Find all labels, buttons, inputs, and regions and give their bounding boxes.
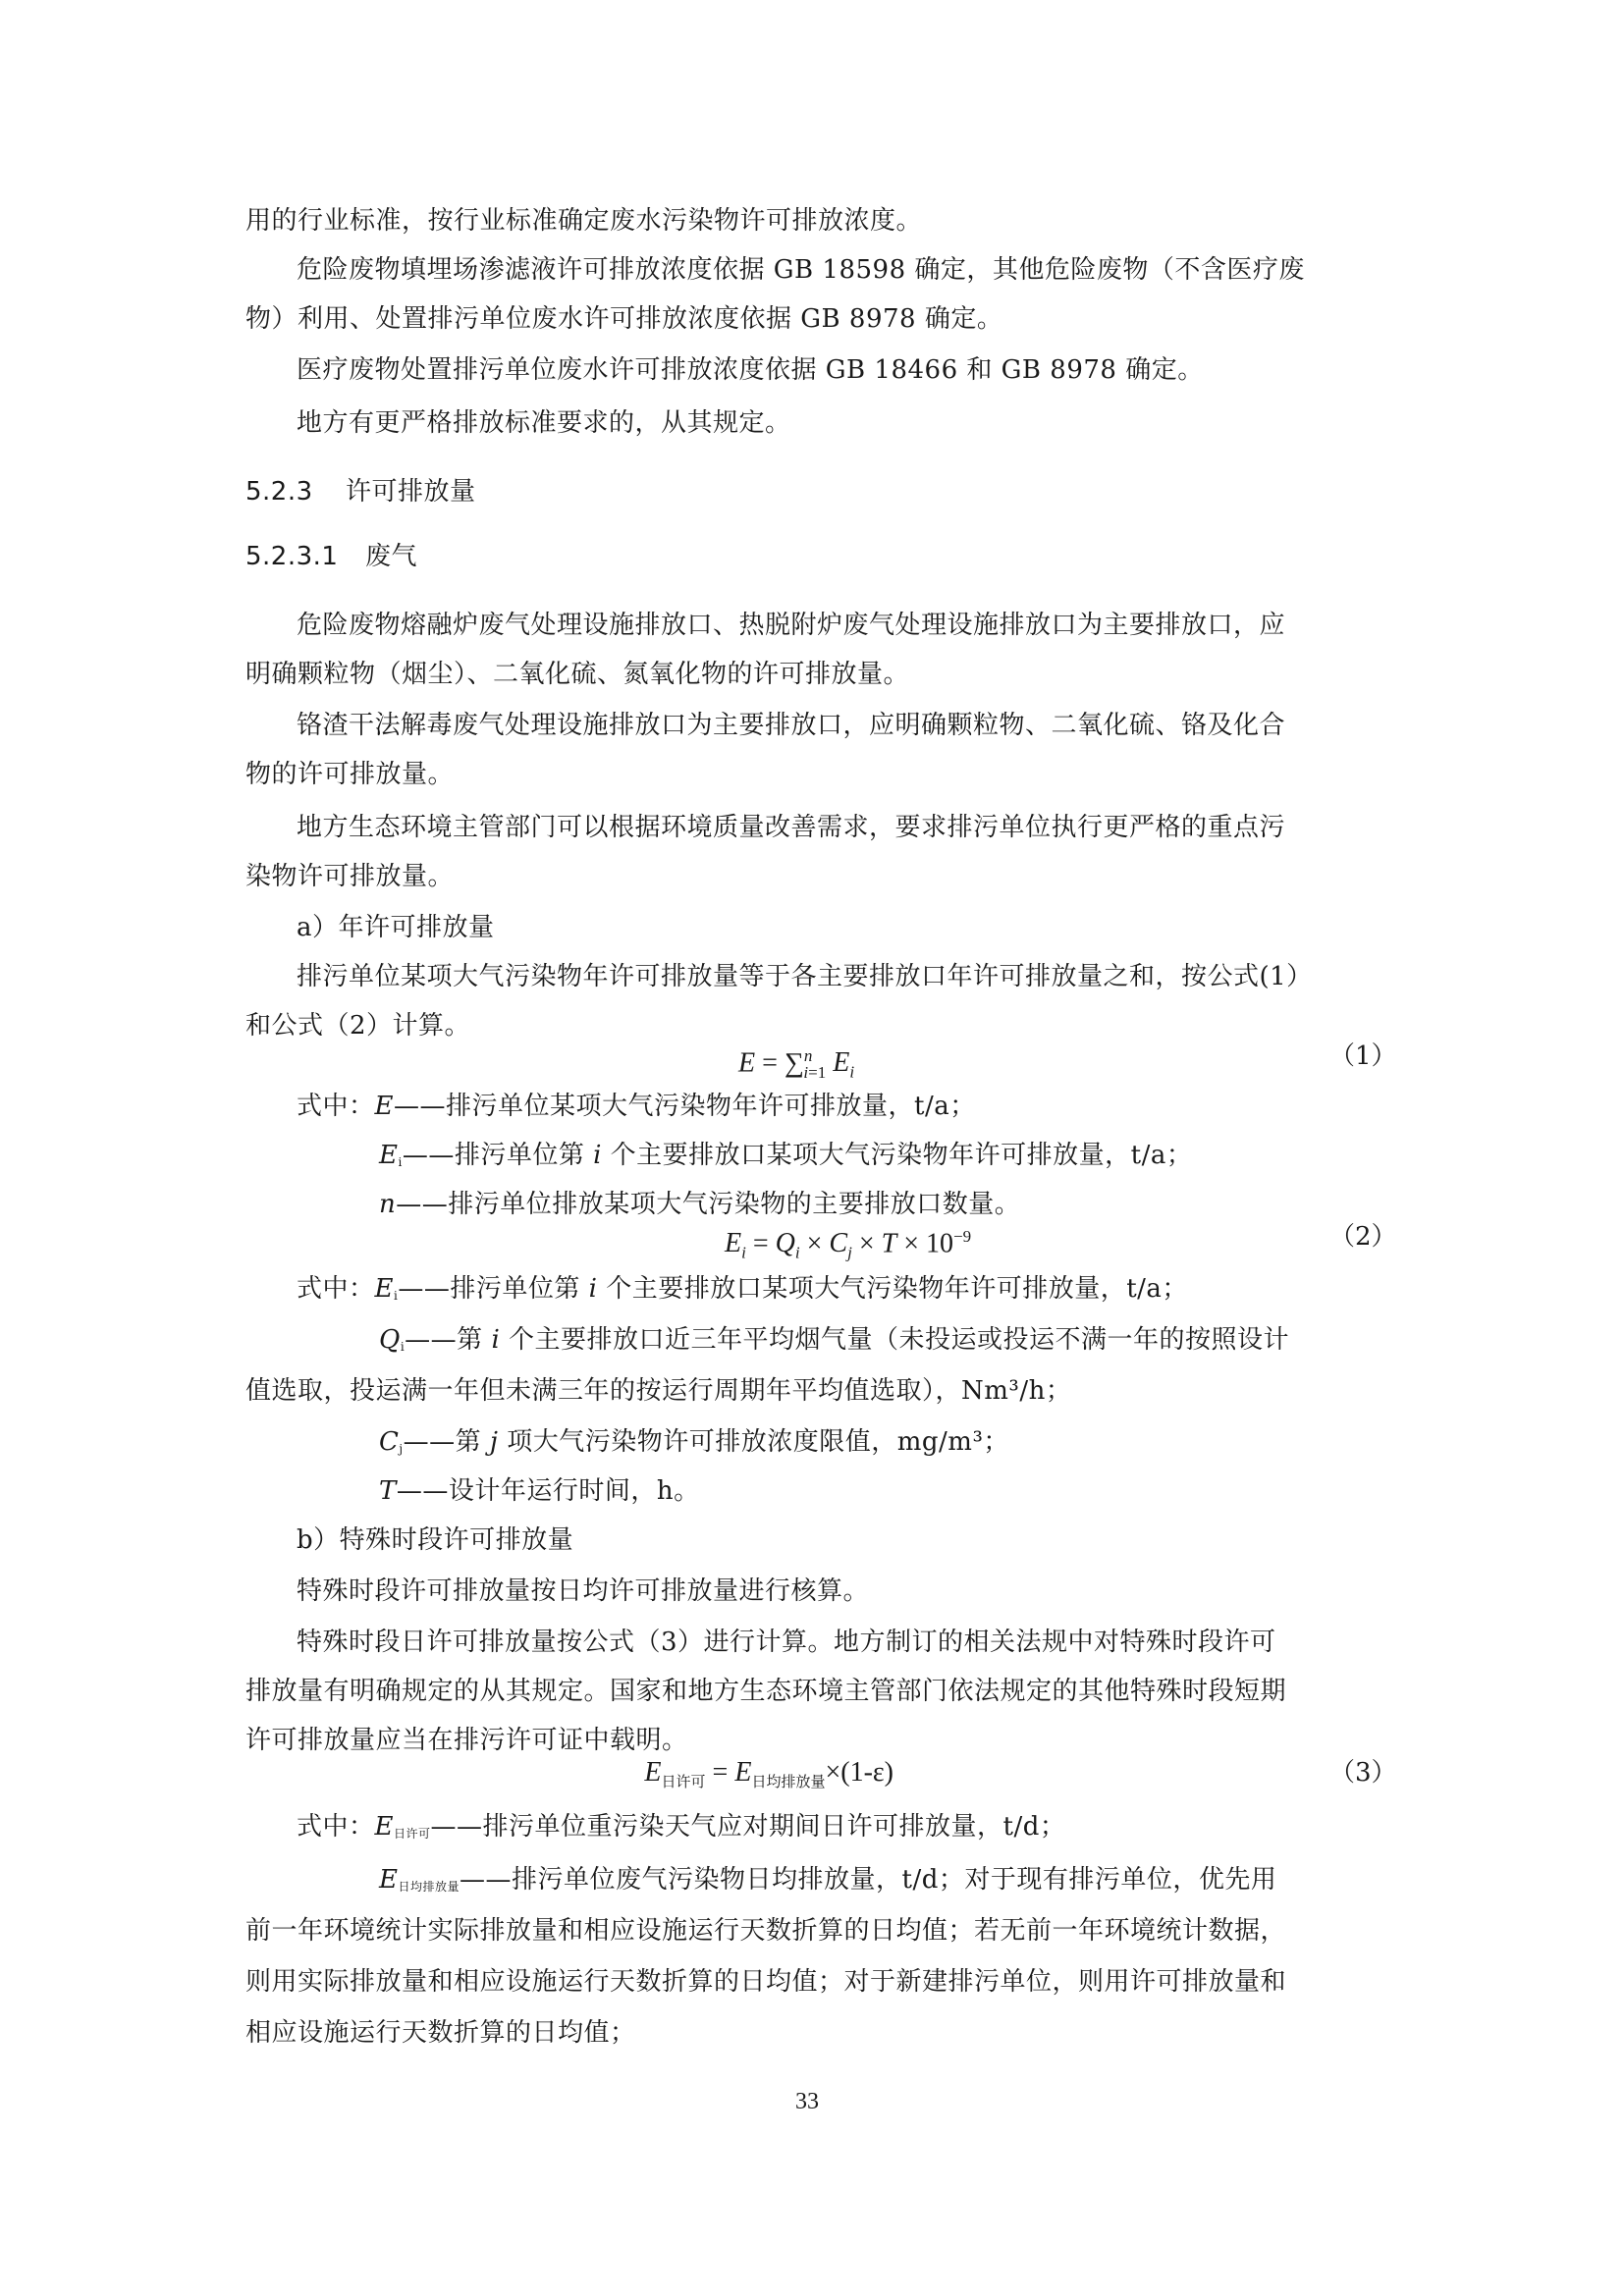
paragraph-line: 医疗废物处置排污单位废水许可排放浓度依据 GB 18466 和 GB 8978 … — [297, 353, 1435, 387]
equation-number: （3） — [1329, 1755, 1397, 1790]
variable-symbol: T — [379, 1476, 397, 1506]
variable-symbol: E — [375, 1812, 394, 1842]
definition-text: 个主要排放口某项大气污染物年许可排放量，t/a； — [597, 1274, 1187, 1304]
paragraph-line: 危险废物填埋场渗滤液许可排放浓度依据 GB 18598 确定，其他危险废物（不含… — [297, 253, 1435, 287]
variable-symbol: Ei — [375, 1274, 399, 1304]
definition-text: ——第 — [404, 1427, 490, 1457]
paragraph-line: 排放量有明确规定的从其规定。国家和地方生态环境主管部门依法规定的其他特殊时段短期 — [245, 1675, 1384, 1708]
definition-line: 相应设施运行天数折算的日均值； — [245, 2016, 1384, 2050]
where-label: 式中： — [297, 1812, 375, 1842]
definition-text: ——排污单位某项大气污染物年许可排放量，t/a； — [394, 1092, 976, 1121]
definition-text: 个主要排放口某项大气污染物年许可排放量，t/a； — [602, 1141, 1192, 1170]
section-number: 5.2.3.1 — [245, 540, 365, 573]
variable-symbol: n — [379, 1190, 396, 1219]
section-title: 许可排放量 — [346, 477, 476, 507]
variable-symbol: i — [491, 1325, 500, 1355]
section-heading-5-2-3-1: 5.2.3.1废气 — [245, 540, 1384, 573]
equation-2: Ei = Qi × Cj × T × 10−9 — [725, 1219, 971, 1271]
variable-subscript: 日许可 — [394, 1827, 431, 1841]
paragraph-line: 地方生态环境主管部门可以根据环境质量改善需求，要求排污单位执行更严格的重点污 — [297, 811, 1435, 844]
definition-line: E日均排放量——排污单位废气污染物日均排放量，t/d；对于现有排污单位，优先用 — [379, 1863, 1518, 1903]
subsection-title-b: b）特殊时段许可排放量 — [297, 1523, 1435, 1557]
definition-text: ——排污单位废气污染物日均排放量，t/d；对于现有排污单位，优先用 — [460, 1865, 1276, 1895]
paragraph-line: 排污单位某项大气污染物年许可排放量等于各主要排放口年许可排放量之和，按公式(1） — [297, 960, 1435, 993]
definition-text: ——排污单位第 — [398, 1274, 588, 1304]
definition-text: ——排污单位第 — [403, 1141, 593, 1170]
definition-line: 式中：E——排污单位某项大气污染物年许可排放量，t/a； — [297, 1090, 1435, 1123]
definition-line: 式中：Ei——排污单位第 i 个主要排放口某项大气污染物年许可排放量，t/a； — [297, 1272, 1435, 1312]
definition-line: 式中：E日许可——排污单位重污染天气应对期间日许可排放量，t/d； — [297, 1810, 1435, 1850]
variable-subscript: 日均排放量 — [398, 1880, 460, 1894]
equation-1: E = ∑ni=1 Ei — [738, 1039, 854, 1091]
equation-3: E日许可 = E日均排放量×(1-ε) — [403, 1755, 893, 1800]
paragraph-line: 用的行业标准，按行业标准确定废水污染物许可排放浓度。 — [245, 204, 1384, 238]
variable-symbol: E — [375, 1092, 394, 1121]
paragraph-line: 物）利用、处置排污单位废水许可排放浓度依据 GB 8978 确定。 — [245, 302, 1384, 336]
paragraph-line: 染物许可排放量。 — [245, 860, 1384, 893]
where-label: 式中： — [297, 1274, 375, 1304]
definition-text: 项大气污染物许可排放浓度限值，mg/m³； — [498, 1427, 1008, 1457]
definition-line: Cj——第 j 项大气污染物许可排放浓度限值，mg/m³； — [379, 1425, 1518, 1466]
section-title: 废气 — [365, 542, 417, 571]
definition-text: ——设计年运行时间，h。 — [397, 1476, 700, 1506]
definition-line: n——排污单位排放某项大气污染物的主要排放口数量。 — [379, 1188, 1518, 1221]
paragraph-line: 特殊时段许可排放量按日均许可排放量进行核算。 — [297, 1575, 1435, 1608]
subsection-title-a: a）年许可排放量 — [297, 911, 1435, 944]
definition-line: 值选取，投运满一年但未满三年的按运行周期年平均值选取），Nm³/h； — [245, 1374, 1384, 1408]
section-heading-5-2-3: 5.2.3许可排放量 — [245, 475, 1384, 508]
section-number: 5.2.3 — [245, 475, 346, 508]
paragraph-line: 特殊时段日许可排放量按公式（3）进行计算。地方制订的相关法规中对特殊时段许可 — [297, 1626, 1435, 1659]
variable-symbol: Ei — [379, 1141, 403, 1170]
paragraph-line: 铬渣干法解毒废气处理设施排放口为主要排放口，应明确颗粒物、二氧化硫、铬及化合 — [297, 709, 1435, 742]
paragraph-line: 和公式（2）计算。 — [245, 1009, 1384, 1042]
equation-number: （2） — [1329, 1219, 1397, 1255]
document-page: 用的行业标准，按行业标准确定废水污染物许可排放浓度。 危险废物填埋场渗滤液许可排… — [0, 0, 1624, 2296]
definition-line: 前一年环境统计实际排放量和相应设施运行天数折算的日均值；若无前一年环境统计数据， — [245, 1914, 1384, 1948]
paragraph-line: 许可排放量应当在排污许可证中载明。 — [245, 1724, 1384, 1757]
definition-line: Qi——第 i 个主要排放口近三年平均烟气量（未投运或投运不满一年的按照设计 — [379, 1323, 1518, 1363]
variable-symbol: Cj — [379, 1427, 404, 1457]
variable-symbol: E — [379, 1865, 398, 1895]
paragraph-line: 明确颗粒物（烟尘）、二氧化硫、氮氧化物的许可排放量。 — [245, 658, 1384, 691]
where-label: 式中： — [297, 1092, 375, 1121]
definition-text: 个主要排放口近三年平均烟气量（未投运或投运不满一年的按照设计 — [500, 1325, 1289, 1355]
definition-line: 则用实际排放量和相应设施运行天数折算的日均值；对于新建排污单位，则用许可排放量和 — [245, 1965, 1384, 1999]
page-number: 33 — [795, 2089, 819, 2115]
definition-text: ——排污单位排放某项大气污染物的主要排放口数量。 — [396, 1190, 1020, 1219]
equation-number: （1） — [1329, 1039, 1397, 1074]
paragraph-line: 危险废物熔融炉废气处理设施排放口、热脱附炉废气处理设施排放口为主要排放口，应 — [297, 609, 1435, 642]
definition-text: ——排污单位重污染天气应对期间日许可排放量，t/d； — [431, 1812, 1066, 1842]
definition-line: Ei——排污单位第 i 个主要排放口某项大气污染物年许可排放量，t/a； — [379, 1139, 1518, 1179]
paragraph-line: 地方有更严格排放标准要求的，从其规定。 — [297, 406, 1435, 440]
variable-symbol: Qi — [379, 1325, 405, 1355]
variable-symbol: i — [593, 1141, 602, 1170]
paragraph-line: 物的许可排放量。 — [245, 758, 1384, 791]
definition-line: T——设计年运行时间，h。 — [379, 1474, 1518, 1508]
definition-text: ——第 — [405, 1325, 491, 1355]
